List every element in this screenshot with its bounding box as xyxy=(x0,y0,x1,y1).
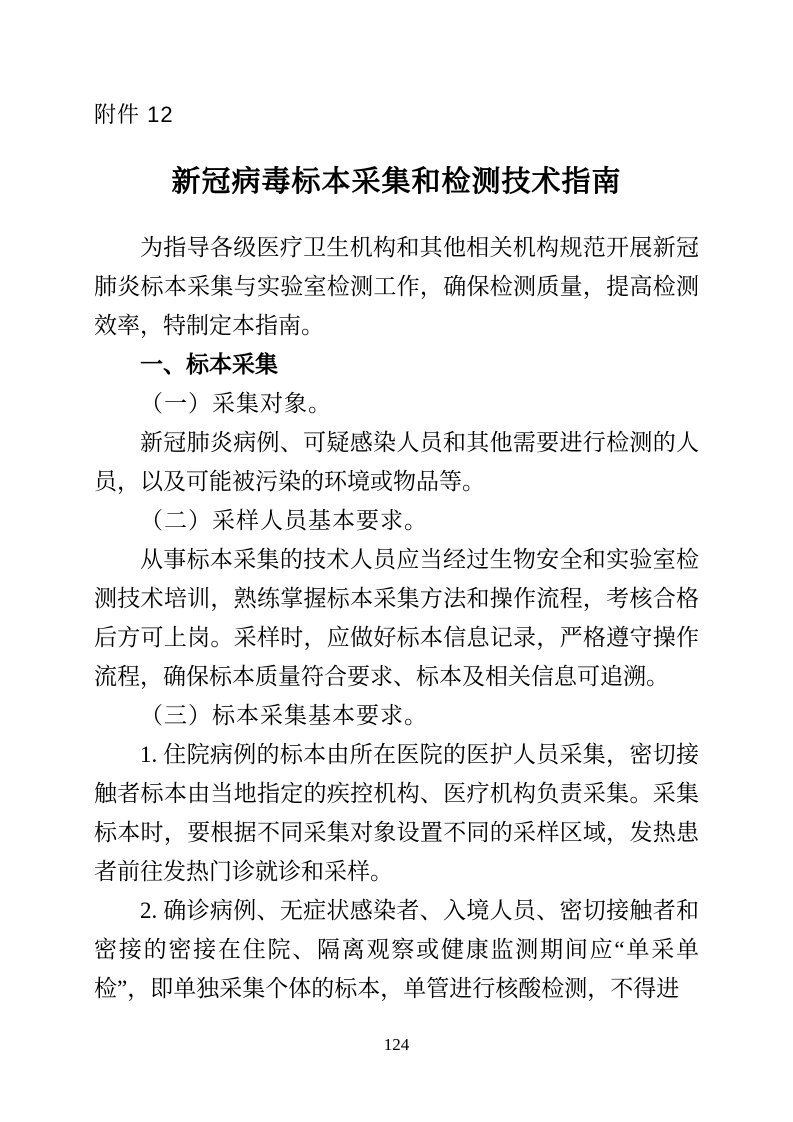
document-title: 新冠病毒标本采集和检测技术指南 xyxy=(94,162,699,202)
document-inner: 附件 12 新冠病毒标本采集和检测技术指南 为指导各级医疗卫生机构和其他相关机构… xyxy=(94,100,699,1008)
section-heading-specimen-collection: 一、标本采集 xyxy=(94,345,699,384)
page-number: 124 xyxy=(0,1034,793,1056)
paragraph-item-2: 2. 确诊病例、无症状感染者、入境人员、密切接触者和密接的密接在住院、隔离观察或… xyxy=(94,891,699,1008)
paragraph-intro: 为指导各级医疗卫生机构和其他相关机构规范开展新冠肺炎标本采集与实验室检测工作，确… xyxy=(94,228,699,345)
attachment-label: 附件 12 xyxy=(94,100,699,130)
paragraph-sampler-requirements: 从事标本采集的技术人员应当经过生物安全和实验室检测技术培训，熟练掌握标本采集方法… xyxy=(94,540,699,696)
document-page: 附件 12 新冠病毒标本采集和检测技术指南 为指导各级医疗卫生机构和其他相关机构… xyxy=(0,0,793,1122)
subsection-heading-sampler-requirements: （二）采样人员基本要求。 xyxy=(94,501,699,540)
subsection-heading-collection-targets: （一）采集对象。 xyxy=(94,384,699,423)
subsection-heading-collection-requirements: （三）标本采集基本要求。 xyxy=(94,696,699,735)
paragraph-collection-targets: 新冠肺炎病例、可疑感染人员和其他需要进行检测的人员，以及可能被污染的环境或物品等… xyxy=(94,423,699,501)
document-body: 为指导各级医疗卫生机构和其他相关机构规范开展新冠肺炎标本采集与实验室检测工作，确… xyxy=(94,228,699,1008)
paragraph-item-1: 1. 住院病例的标本由所在医院的医护人员采集，密切接触者标本由当地指定的疾控机构… xyxy=(94,735,699,891)
